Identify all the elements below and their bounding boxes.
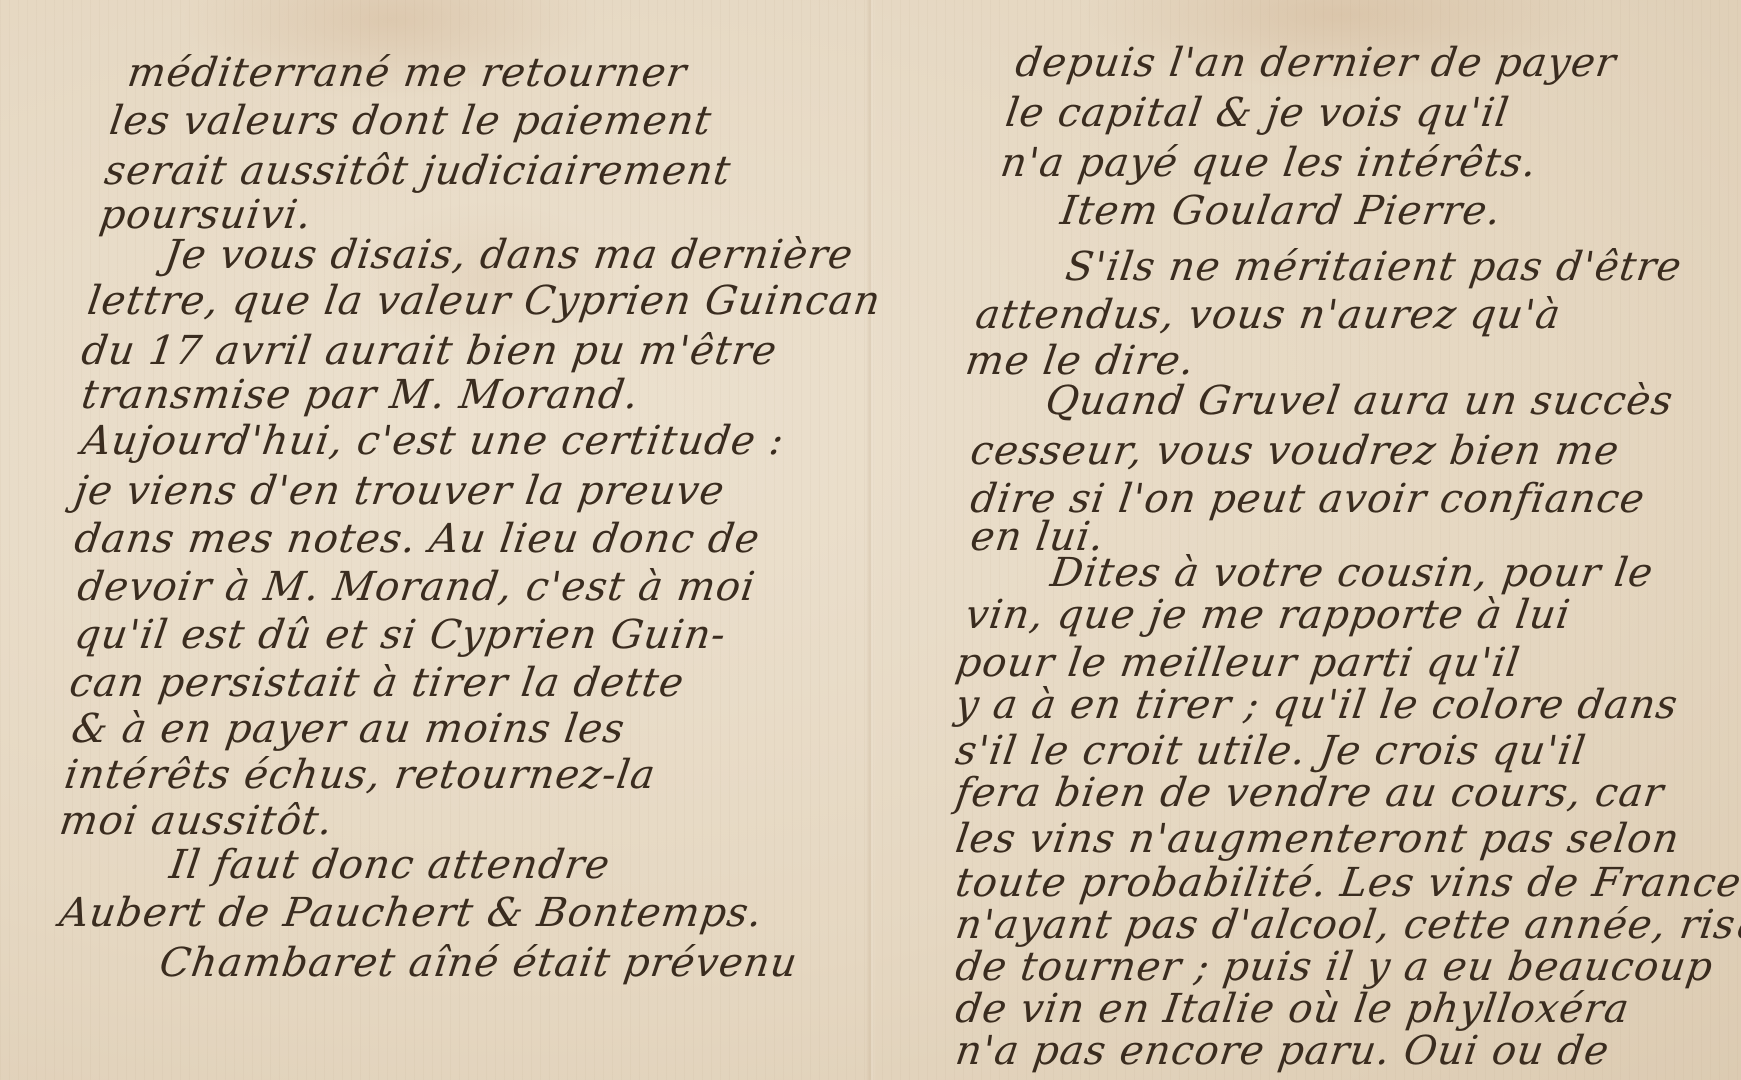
left-page: méditerrané me retourner les valeurs don… [0, 0, 866, 1080]
letter-sheet: méditerrané me retourner les valeurs don… [0, 0, 1741, 1080]
text-line: n'ayant pas d'alcool, cette année, risqu… [953, 902, 1741, 948]
text-line: Aubert de Pauchert & Bontemps. [57, 890, 766, 936]
text-line: de vin en Italie où le phylloxéra [953, 986, 1633, 1032]
text-line: can persistait à tirer la dette [67, 660, 687, 706]
right-page: depuis l'an dernier de payer le capital … [876, 0, 1741, 1080]
text-line: Il faut donc attendre [167, 842, 613, 888]
text-line: le capital & je vois qu'il [1003, 90, 1512, 136]
text-line: fera bien de vendre au cours, car [953, 770, 1667, 816]
text-line: serait aussitôt judiciairement [102, 148, 734, 194]
text-line: toute probabilité. Les vins de France [953, 860, 1741, 906]
text-line: Quand Gruvel aura un succès [1043, 378, 1676, 424]
text-line: du 17 avril aurait bien pu m'être [79, 328, 780, 374]
text-line: depuis l'an dernier de payer [1013, 40, 1620, 86]
text-line: transmise par M. Morand. [79, 372, 642, 418]
text-line: Je vous disais, dans ma dernière [162, 232, 856, 278]
text-line: qu'il est dû et si Cyprien Guin- [72, 612, 729, 658]
text-line: vin, que je me rapporte à lui [963, 592, 1574, 638]
text-line: Dites à votre cousin, pour le [1048, 550, 1657, 596]
text-line: n'a pas encore paru. Oui ou de [953, 1028, 1613, 1074]
text-line: dans mes notes. Au lieu donc de [72, 516, 763, 562]
text-line: & à en payer au moins les [69, 706, 628, 752]
center-fold [866, 0, 876, 1080]
text-line: moi aussitôt. [57, 798, 336, 844]
text-line: y a à en tirer ; qu'il le colore dans [953, 682, 1681, 728]
text-line: les valeurs dont le paiement [107, 98, 715, 144]
text-line: lettre, que la valeur Cyprien Guincan [85, 278, 884, 324]
text-line: Chambaret aîné était prévenu [157, 940, 801, 986]
text-line: pour le meilleur parti qu'il [953, 640, 1523, 686]
text-line: intérêts échus, retournez-la [62, 752, 659, 798]
text-line: Aujourd'hui, c'est une certitude : [79, 418, 787, 464]
text-line: attendus, vous n'aurez qu'à [973, 292, 1564, 338]
text-line: cesseur, vous voudrez bien me [968, 428, 1623, 474]
text-line: s'il le croit utile. Je crois qu'il [953, 728, 1589, 774]
text-line: Item Goulard Pierre. [1058, 188, 1505, 234]
text-line: méditerrané me retourner [125, 50, 690, 96]
text-line: devoir à M. Morand, c'est à moi [75, 564, 759, 610]
text-line: S'ils ne méritaient pas d'être [1063, 244, 1685, 290]
text-line: n'a payé que les intérêts. [998, 140, 1540, 186]
text-line: les vins n'augmenteront pas selon [953, 816, 1683, 862]
text-line: de tourner ; puis il y a eu beaucoup [953, 944, 1716, 990]
text-line: je viens d'en trouver la preuve [72, 468, 728, 514]
